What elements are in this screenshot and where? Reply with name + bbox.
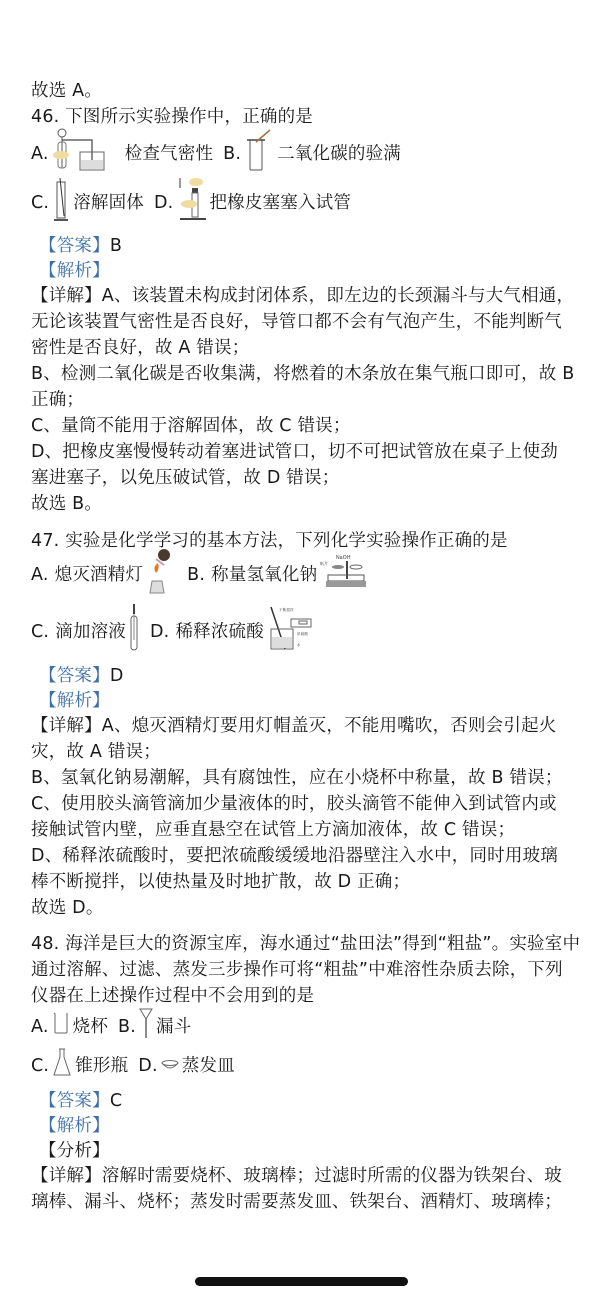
funnel-icon <box>139 1007 153 1047</box>
q47-detail-line: C、使用胶头滴管滴加少量液体的时，胶头滴管不能伸入到试管内或 <box>31 791 557 817</box>
q47-option-a-letter: A. <box>31 562 49 588</box>
q47-options-row-1: A. 熄灭酒精灯 B. 称量氢氧化钠 NaOH 纸片 <box>31 553 369 597</box>
svg-text:不断搅拌: 不断搅拌 <box>279 607 294 612</box>
gas-bottle-with-splint-icon <box>244 128 274 180</box>
q48-option-c-letter: C. <box>31 1053 49 1079</box>
q48-option-b-letter: B. <box>118 1014 136 1040</box>
q47-option-c-label: 滴加溶液 <box>55 619 126 645</box>
q46-conclusion: 故选 B。 <box>31 491 102 517</box>
beaker-icon <box>52 1011 70 1043</box>
blowing-alcohol-lamp-icon <box>146 547 176 603</box>
q46-detail-line: B、检测二氧化碳是否收集满，将燃着的木条放在集气瓶口即可，故 B <box>31 361 574 387</box>
q46-detail-line: D、把橡皮塞慢慢转动着塞进试管口，切不可把试管放在桌子上使劲 <box>31 439 558 465</box>
q47-answer: 【答案】D <box>39 663 124 689</box>
answer-tag: 【答案】 <box>39 236 110 256</box>
q48-stem-line: 仪器在上述操作过程中不会用到的是 <box>31 983 314 1009</box>
svg-text:纸片: 纸片 <box>320 560 328 566</box>
test-tube-stopper-icon <box>176 176 206 230</box>
q46-option-c-letter: C. <box>31 190 49 216</box>
answer-tag: 【答案】 <box>39 1091 110 1111</box>
q47-conclusion: 故选 D。 <box>31 895 104 921</box>
q46-answer: 【答案】B <box>39 233 122 259</box>
answer-value: B <box>110 236 122 256</box>
balance-scale-icon: NaOH 纸片 <box>320 553 366 597</box>
svg-text:水: 水 <box>297 642 301 647</box>
q47-detail-line: D、稀释浓硫酸时，要把浓硫酸缓缓地沿器壁注入水中，同时用玻璃 <box>31 843 558 869</box>
q48-options-row-1: A. 烧杯 B. 漏斗 <box>31 1011 191 1043</box>
graduated-cylinder-icon <box>52 176 70 230</box>
q48-stem-line: 通过溶解、过滤、蒸发三步操作可将“粗盐”中难溶性杂质去除，下列 <box>31 957 563 983</box>
q46-detail-line: 密性是否良好，故 A 错误； <box>31 335 249 361</box>
conical-flask-icon <box>52 1047 72 1085</box>
dropper-in-tube-icon <box>129 604 139 660</box>
svg-text:浓硫酸: 浓硫酸 <box>297 631 308 636</box>
q47-options-row-2: C. 滴加溶液 D. 稀释浓硫酸 不断搅拌 浓硫酸 水 <box>31 608 318 656</box>
q46-option-d-label: 把橡皮塞塞入试管 <box>209 190 351 216</box>
q47-analysis-tag: 【解析】 <box>39 688 110 714</box>
q47-detail-line: 棒不断搅拌，以使热量及时地扩散，故 D 正确； <box>31 869 410 895</box>
q47-detail-line: B、氢氧化钠易潮解，具有腐蚀性，应在小烧杯中称量，故 B 错误； <box>31 765 563 791</box>
q46-stem: 46. 下图所示实验操作中，正确的是 <box>31 104 313 130</box>
q47-option-d-label: 稀释浓硫酸 <box>175 619 264 645</box>
q48-answer: 【答案】C <box>39 1088 122 1114</box>
home-indicator-bar[interactable] <box>195 1277 408 1286</box>
q46-detail-line: C、量筒不能用于溶解固体，故 C 错误； <box>31 413 351 439</box>
q47-option-a-label: 熄灭酒精灯 <box>55 562 144 588</box>
q48-option-b-label: 漏斗 <box>156 1014 191 1040</box>
q48-options-row-2: C. 锥形瓶 D. 蒸发皿 <box>31 1050 235 1082</box>
answer-tag: 【答案】 <box>39 666 110 686</box>
q46-options-row-1: A. 检查气密性 B. 二氧化碳的验满 <box>31 133 401 175</box>
q46-option-a-label: 检查气密性 <box>125 141 214 167</box>
q46-detail-line: 【详解】A、该装置未构成封闭体系，即左边的长颈漏斗与大气相通， <box>31 283 574 309</box>
q46-detail-line: 塞进塞子，以免压破试管，故 D 错误； <box>31 465 339 491</box>
q46-option-a-letter: A. <box>31 141 49 167</box>
q48-option-d-letter: D. <box>138 1053 157 1079</box>
previous-conclusion: 故选 A。 <box>31 78 102 104</box>
q46-option-c-label: 溶解固体 <box>73 190 144 216</box>
q48-detail-line: 璃棒、漏斗、烧杯；蒸发时需要蒸发皿、铁架台、酒精灯、玻璃棒； <box>31 1189 562 1215</box>
airtightness-check-apparatus-icon <box>52 128 122 180</box>
q48-option-d-label: 蒸发皿 <box>182 1053 235 1079</box>
q46-option-b-letter: B. <box>223 141 241 167</box>
q46-analysis-tag: 【解析】 <box>39 258 110 284</box>
q47-detail-line: 【详解】A、熄灭酒精灯要用灯帽盖灭，不能用嘴吹，否则会引起火 <box>31 713 556 739</box>
q46-option-b-label: 二氧化碳的验满 <box>277 141 401 167</box>
q48-detail-line: 【详解】溶解时需要烧杯、玻璃棒；过滤时所需的仪器为铁架台、玻 <box>31 1163 562 1189</box>
q48-analysis-sub: 【分析】 <box>39 1138 110 1164</box>
q48-stem-line: 48. 海洋是巨大的资源宝库，海水通过“盐田法”得到“粗盐”。实验室中 <box>31 931 580 957</box>
answer-value: D <box>110 666 124 686</box>
q47-detail-line: 灾，故 A 错误； <box>31 739 161 765</box>
q47-stem: 47. 实验是化学学习的基本方法，下列化学实验操作正确的是 <box>31 528 508 554</box>
q47-option-c-letter: C. <box>31 619 49 645</box>
diluting-acid-beaker-icon: 不断搅拌 浓硫酸 水 <box>267 605 315 659</box>
q48-option-c-label: 锥形瓶 <box>75 1053 128 1079</box>
q47-option-b-letter: B. <box>187 562 205 588</box>
q48-option-a-letter: A. <box>31 1014 49 1040</box>
q47-detail-line: 接触试管内壁，应垂直悬空在试管上方滴加液体，故 C 错误； <box>31 817 515 843</box>
q48-option-a-label: 烧杯 <box>73 1014 108 1040</box>
q46-detail-line: 无论该装置气密性是否良好，导管口都不会有气泡产生，不能判断气 <box>31 309 562 335</box>
q47-option-b-label: 称量氢氧化钠 <box>211 562 317 588</box>
evaporating-dish-icon <box>161 1053 179 1079</box>
q46-options-row-2: C. 溶解固体 D. 把橡皮塞塞入试管 <box>31 180 351 226</box>
q47-option-d-letter: D. <box>150 619 169 645</box>
q48-analysis-tag: 【解析】 <box>39 1113 110 1139</box>
answer-value: C <box>110 1091 122 1111</box>
svg-text:NaOH: NaOH <box>336 555 351 561</box>
q46-option-d-letter: D. <box>154 190 173 216</box>
q46-detail-line: 正确； <box>31 387 84 413</box>
